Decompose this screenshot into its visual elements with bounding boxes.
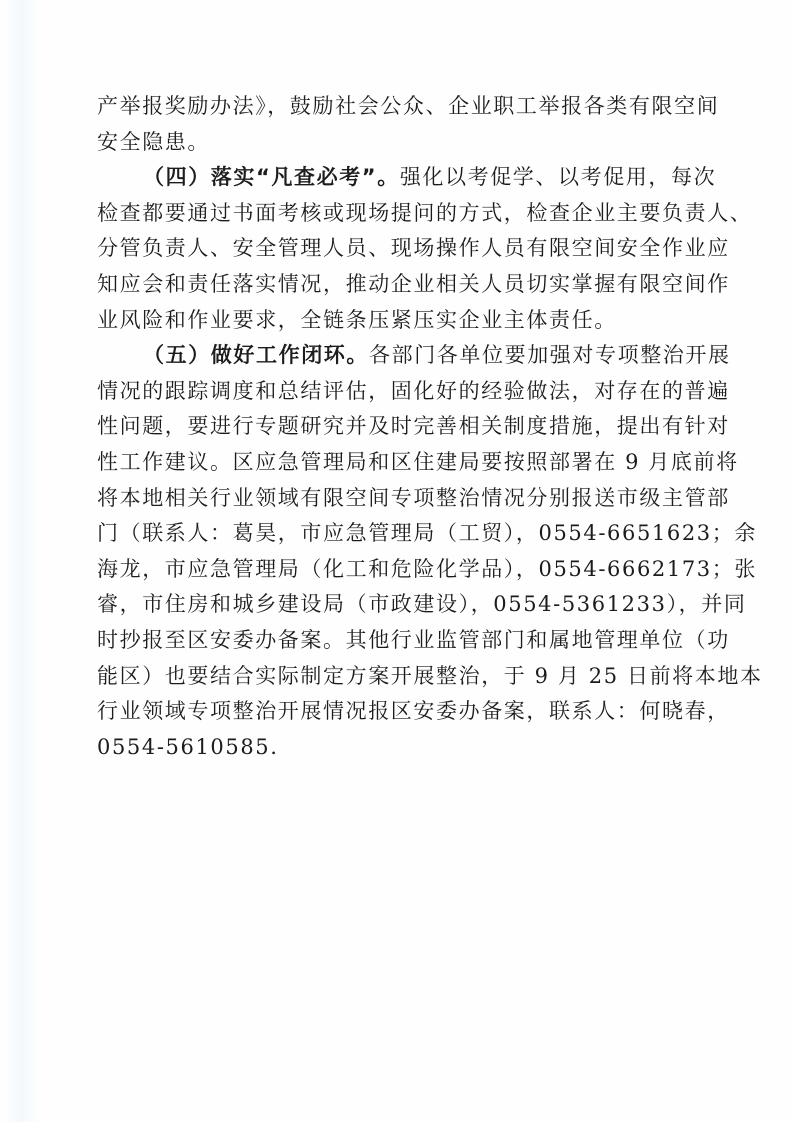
text-line: 产举报奖励办法》，鼓励社会公众、企业职工举报各类有限空间 bbox=[97, 91, 701, 127]
section-4-heading: （四）落实“凡查必考”。 bbox=[143, 165, 400, 189]
text-line: 知应会和责任落实情况，推动企业相关人员切实掌握有限空间作 bbox=[97, 269, 701, 305]
text-line: 能区）也要结合实际制定方案开展整治，于 9 月 25 日前将本地本 bbox=[97, 661, 701, 697]
text-line: 睿，市住房和城乡建设局（市政建设），0554-5361233），并同 bbox=[97, 589, 701, 625]
text-line: 海龙，市应急管理局（化工和危险化学品），0554-6662173；张 bbox=[97, 554, 701, 590]
text-line: 将本地相关行业领域有限空间专项整治情况分别报送市级主管部 bbox=[97, 483, 701, 519]
text-line: 检查都要通过书面考核或现场提问的方式，检查企业主要负责人、 bbox=[97, 198, 701, 234]
scan-edge-shading bbox=[4, 0, 40, 1122]
section-5-first-line: （五）做好工作闭环。各部门各单位要加强对专项整治开展 bbox=[97, 340, 701, 376]
text-line: 分管负责人、安全管理人员、现场操作人员有限空间安全作业应 bbox=[97, 233, 701, 269]
document-page: 产举报奖励办法》，鼓励社会公众、企业职工举报各类有限空间 安全隐患。 （四）落实… bbox=[0, 0, 793, 1122]
text-line: 时抄报至区安委办备案。其他行业监管部门和属地管理单位（功 bbox=[97, 625, 701, 661]
text-line: 行业领域专项整治开展情况报区安委办备案，联系人：何晓春， bbox=[97, 696, 701, 732]
text-line: 安全隐患。 bbox=[97, 127, 701, 163]
text-line: 情况的跟踪调度和总结评估，固化好的经验做法，对存在的普遍 bbox=[97, 376, 701, 412]
text-line: 性问题，要进行专题研究并及时完善相关制度措施，提出有针对 bbox=[97, 411, 701, 447]
text-line: 门（联系人：葛昊，市应急管理局（工贸），0554-6651623；余 bbox=[97, 518, 701, 554]
text-span: 各部门各单位要加强对专项整治开展 bbox=[369, 343, 731, 367]
text-line: 0554-5610585. bbox=[97, 732, 701, 768]
text-line: 性工作建议。区应急管理局和区住建局要按照部署在 9 月底前将 bbox=[97, 447, 701, 483]
text-span: 强化以考促学、以考促用，每次 bbox=[400, 165, 716, 189]
document-body: 产举报奖励办法》，鼓励社会公众、企业职工举报各类有限空间 安全隐患。 （四）落实… bbox=[97, 91, 701, 767]
section-5-heading: （五）做好工作闭环。 bbox=[143, 343, 369, 367]
text-line: 业风险和作业要求，全链条压紧压实企业主体责任。 bbox=[97, 305, 701, 341]
section-4-first-line: （四）落实“凡查必考”。强化以考促学、以考促用，每次 bbox=[97, 162, 701, 198]
